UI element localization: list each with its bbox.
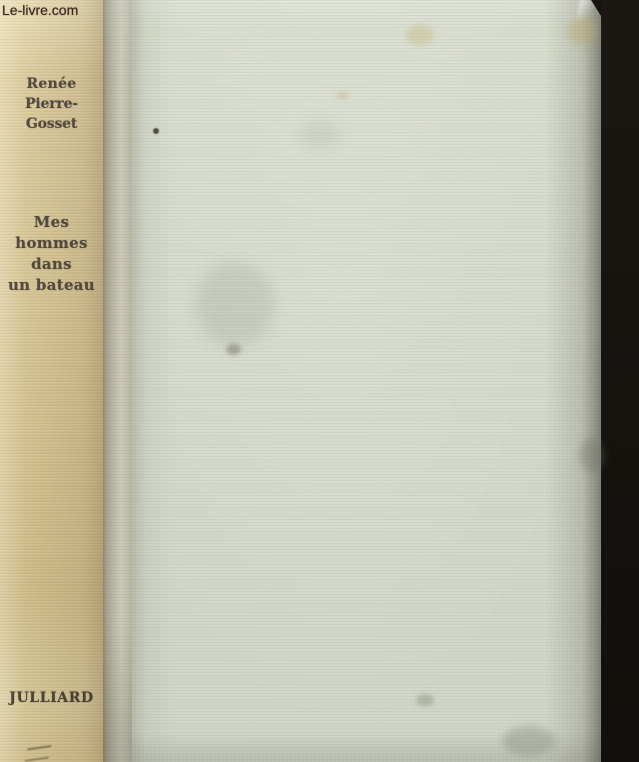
stain	[336, 91, 349, 100]
smudge	[196, 262, 274, 346]
spine-title: Mes hommes dans un bateau	[0, 212, 103, 296]
watermark: Le-livre.com	[2, 2, 78, 18]
spine-publisher: JULLIARD	[0, 688, 103, 708]
smudge	[300, 122, 340, 148]
scuff-mark	[25, 745, 52, 762]
author-line-1: Renée	[0, 74, 103, 94]
smudge	[226, 344, 241, 355]
book-cover-photo: Renée Pierre-Gosset Mes hommes dans un b…	[0, 0, 639, 762]
title-line-1: Mes hommes	[0, 212, 103, 254]
hinge-groove	[103, 0, 132, 762]
stain	[568, 18, 598, 45]
smudge	[416, 694, 434, 706]
book: Renée Pierre-Gosset Mes hommes dans un b…	[0, 0, 601, 762]
smudge	[580, 438, 604, 472]
title-line-3: un bateau	[0, 275, 103, 296]
smudge	[503, 726, 555, 756]
author-line-2: Pierre-Gosset	[0, 94, 103, 134]
title-line-2: dans	[0, 254, 103, 275]
publisher-name: JULLIARD	[0, 688, 103, 708]
spine-author: Renée Pierre-Gosset	[0, 74, 103, 134]
book-spine: Renée Pierre-Gosset Mes hommes dans un b…	[0, 0, 103, 762]
stain	[406, 25, 434, 45]
speck	[153, 128, 159, 134]
front-cover	[132, 0, 601, 762]
